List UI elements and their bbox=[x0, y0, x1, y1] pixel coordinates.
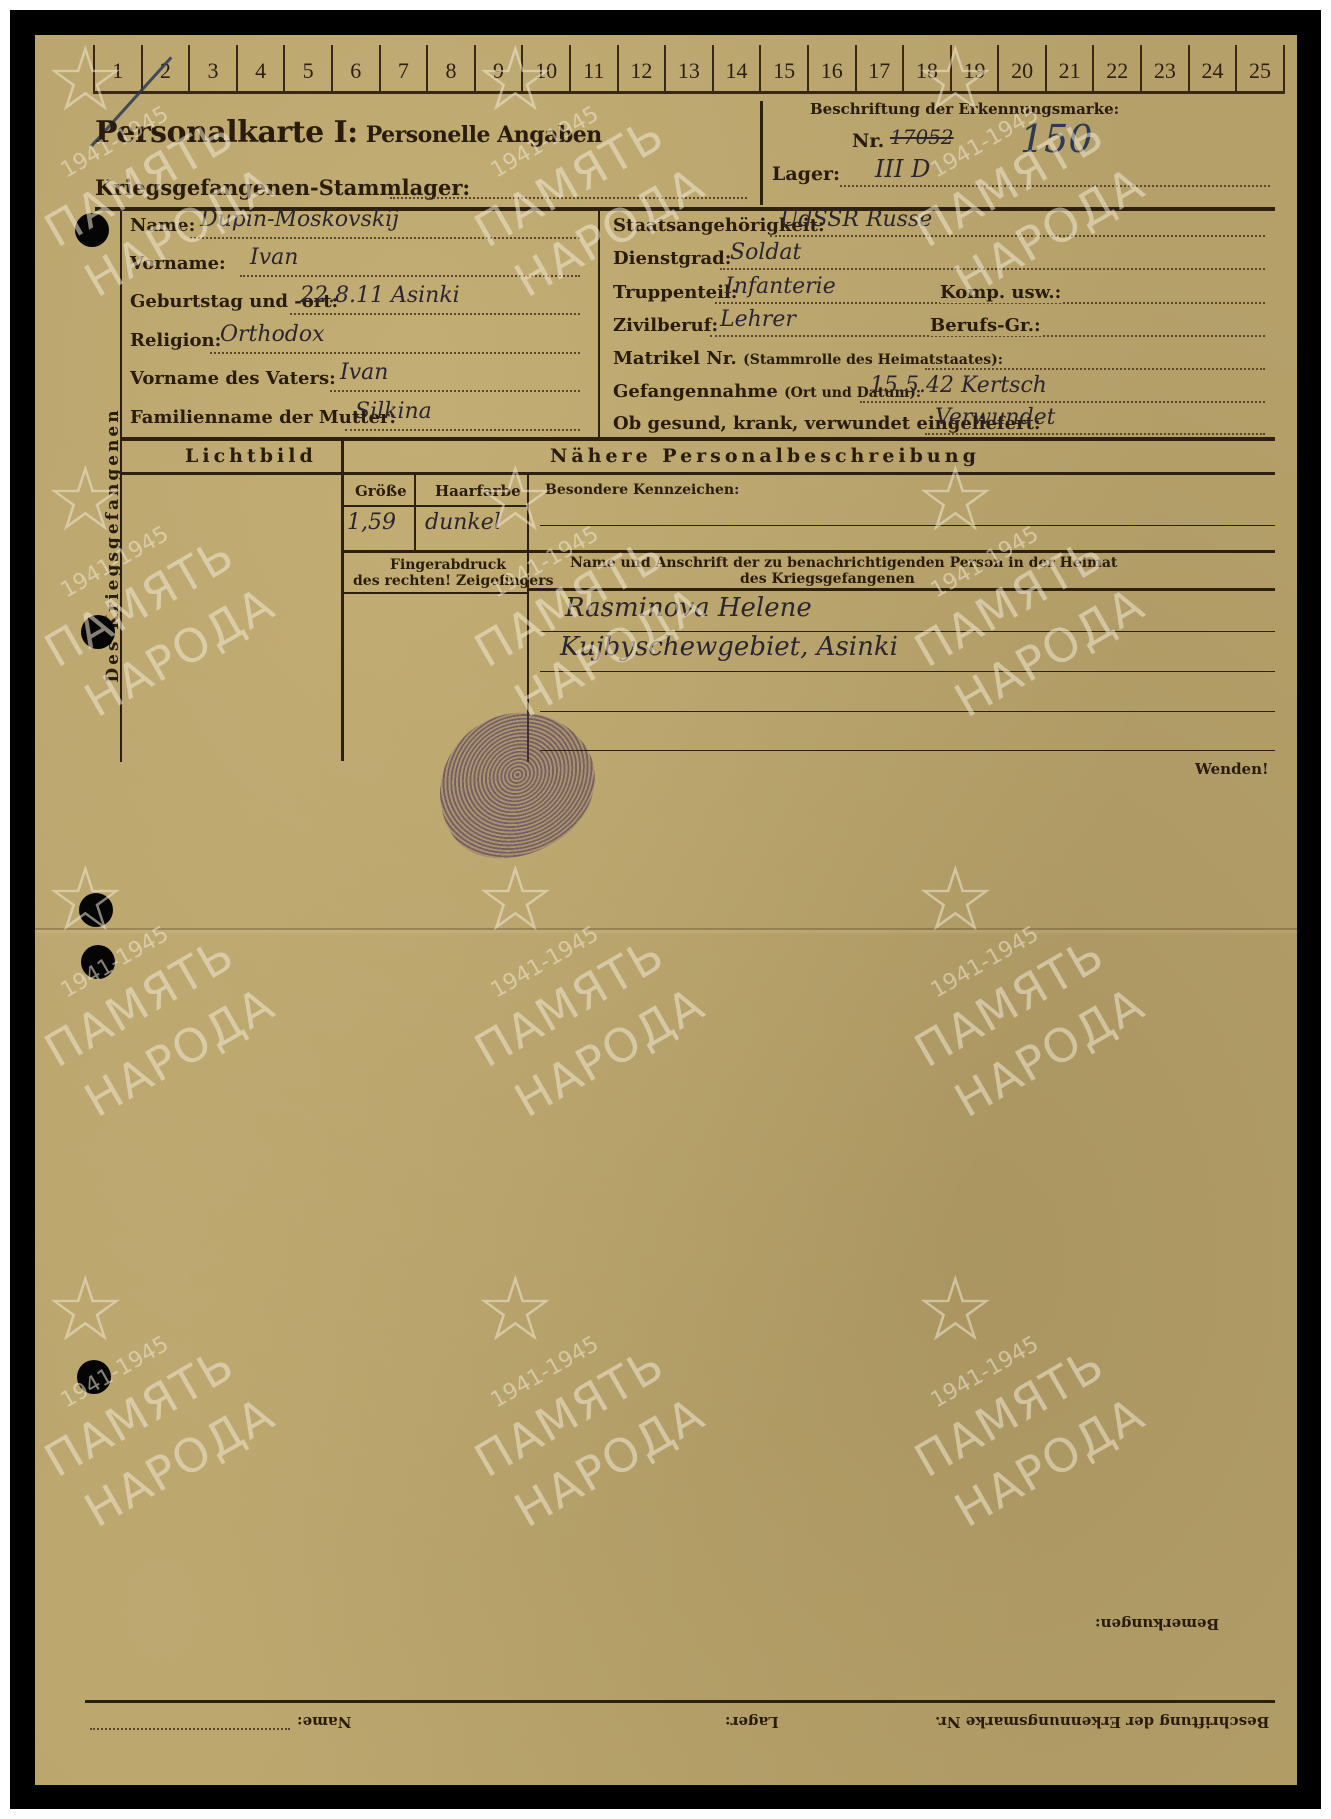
field-label-text: Gefangennahme bbox=[613, 381, 778, 402]
lichtbild-rule bbox=[120, 472, 342, 475]
watermark-years: 1941-1945 bbox=[487, 922, 603, 1004]
watermark-line1: ПАМЯТЬ bbox=[906, 526, 1114, 677]
subtitle-text: Personelle Angaben bbox=[366, 122, 602, 148]
watermark: ☆ 1941-1945 ПАМЯТЬ НАРОДА bbox=[455, 1265, 755, 1525]
ruler-cell: 6 bbox=[331, 45, 379, 91]
field-value: 15.5.42 Kertsch bbox=[870, 373, 1047, 398]
field-label-text: Dienstgrad: bbox=[613, 248, 731, 269]
nr-value: 150 bbox=[1020, 117, 1093, 161]
ruler-cell: 25 bbox=[1235, 45, 1285, 91]
groesse-label: Größe bbox=[355, 482, 407, 500]
watermark-line1: ПАМЯТЬ bbox=[466, 926, 674, 1077]
description-rule bbox=[341, 472, 1275, 475]
field-line bbox=[240, 275, 580, 277]
lager-line bbox=[840, 185, 1270, 187]
field-label: Name: bbox=[130, 215, 195, 236]
description-header: Nähere Personalbeschreibung bbox=[550, 445, 980, 467]
field-label: Matrikel Nr. (Stammrolle des Heimatstaat… bbox=[613, 348, 1003, 369]
watermark-line2: НАРОДА bbox=[506, 1386, 714, 1537]
field-value: Verwundet bbox=[935, 405, 1056, 430]
punch-hole bbox=[75, 213, 109, 247]
field-value: Ivan bbox=[340, 360, 388, 385]
contact-writing-line bbox=[540, 750, 1275, 751]
section-rule bbox=[120, 437, 1275, 441]
ruler-cell: 14 bbox=[712, 45, 760, 91]
contact-rule bbox=[527, 588, 1275, 591]
ruler-cell: 9 bbox=[474, 45, 522, 91]
field-label: Religion: bbox=[130, 330, 221, 351]
lichtbild-label: Lichtbild bbox=[185, 445, 317, 467]
star-icon: ☆ bbox=[915, 1265, 996, 1355]
field-line bbox=[330, 390, 580, 392]
ruler-cell: 21 bbox=[1045, 45, 1093, 91]
field-label: Zivilberuf: bbox=[613, 315, 718, 336]
personalkarte-document: 1234567891011121314151617181920212223242… bbox=[35, 35, 1297, 1785]
field-line bbox=[925, 368, 1265, 370]
punch-hole bbox=[81, 615, 115, 649]
field-label-text: Matrikel Nr. bbox=[613, 348, 737, 369]
star-icon: ☆ bbox=[45, 1265, 126, 1355]
field-value: 22.8.11 Asinki bbox=[300, 283, 460, 308]
star-icon: ☆ bbox=[475, 855, 556, 945]
bottom-beschriftung-label: Beschriftung der Erkennungsmarke Nr. bbox=[935, 1713, 1269, 1731]
bottom-name-label: Name: bbox=[297, 1713, 351, 1731]
watermark-line1: ПАМЯТЬ bbox=[36, 1336, 244, 1487]
fold-line bbox=[35, 928, 1297, 930]
watermark-line1: ПАМЯТЬ bbox=[36, 926, 244, 1077]
field-label: Dienstgrad: bbox=[613, 248, 731, 269]
star-icon: ☆ bbox=[915, 455, 996, 545]
field-line bbox=[345, 429, 580, 431]
watermark-line2: НАРОДА bbox=[76, 1386, 284, 1537]
field-value: UdSSR Russe bbox=[780, 207, 932, 232]
fingerprint-rule bbox=[341, 550, 1275, 553]
field-line bbox=[860, 401, 1265, 403]
field-extra-label: Berufs-Gr.: bbox=[930, 315, 1041, 336]
field-value: Dupin-Moskovskij bbox=[200, 207, 399, 232]
middle-column-line bbox=[598, 207, 600, 437]
contact-line-2: Kujbyschewgebiet, Asinki bbox=[560, 632, 898, 662]
watermark: ☆ 1941-1945 ПАМЯТЬ НАРОДА bbox=[895, 1265, 1195, 1525]
watermark: ☆ 1941-1945 ПАМЯТЬ НАРОДА bbox=[895, 455, 1195, 715]
lichtbild-divider bbox=[341, 441, 344, 761]
contact-writing-line bbox=[540, 671, 1275, 672]
ruler-cell: 8 bbox=[426, 45, 474, 91]
ruler-cell: 18 bbox=[902, 45, 950, 91]
punch-hole bbox=[77, 1360, 111, 1394]
field-value: Orthodox bbox=[220, 322, 325, 347]
punch-hole bbox=[79, 893, 113, 927]
contact-label-1: Name und Anschrift der zu benachrichtige… bbox=[570, 555, 1117, 571]
watermark-line2: НАРОДА bbox=[946, 976, 1154, 1127]
contact-writing-line bbox=[540, 711, 1275, 712]
ruler-cell: 5 bbox=[283, 45, 331, 91]
field-label-text: Truppenteil: bbox=[613, 282, 737, 303]
ruler-cell: 11 bbox=[569, 45, 617, 91]
ruler-cell: 23 bbox=[1140, 45, 1188, 91]
watermark-line1: ПАМЯТЬ bbox=[906, 1336, 1114, 1487]
ruler-cell: 1 bbox=[93, 45, 141, 91]
field-label: Truppenteil: bbox=[613, 282, 737, 303]
fingerprint-label-2: des rechten! Zeigefingers bbox=[353, 573, 553, 589]
field-line bbox=[770, 235, 1265, 237]
ruler-cell: 24 bbox=[1188, 45, 1236, 91]
lager-value: III D bbox=[875, 155, 930, 183]
watermark: ☆ 1941-1945 ПАМЯТЬ НАРОДА bbox=[25, 1265, 325, 1525]
bemerkungen-label: Bemerkungen: bbox=[1095, 1615, 1219, 1633]
watermark: ☆ 1941-1945 ПАМЯТЬ НАРОДА bbox=[895, 855, 1195, 1115]
size-hair-divider bbox=[414, 472, 416, 552]
fingerprint-box-rule bbox=[341, 592, 527, 594]
fingerprint-label-1: Fingerabdruck bbox=[390, 557, 506, 573]
watermark: ☆ 1941-1945 ПАМЯТЬ НАРОДА bbox=[455, 855, 755, 1115]
contact-label-2: des Kriegsgefangenen bbox=[740, 571, 915, 587]
field-value: Soldat bbox=[730, 240, 801, 265]
size-hair-rule bbox=[341, 505, 527, 507]
field-sublabel: (Stammrolle des Heimatstaates): bbox=[743, 352, 1003, 368]
groesse-value: 1,59 bbox=[347, 510, 396, 535]
ruler-cell: 10 bbox=[521, 45, 569, 91]
watermark-line1: ПАМЯТЬ bbox=[906, 926, 1114, 1077]
title-text: Personalkarte I: bbox=[95, 115, 358, 150]
field-line bbox=[925, 433, 1265, 435]
watermark-line1: ПАМЯТЬ bbox=[36, 526, 244, 677]
ruler-cell: 17 bbox=[855, 45, 903, 91]
ruler-cell: 12 bbox=[617, 45, 665, 91]
star-icon: ☆ bbox=[915, 855, 996, 945]
star-icon: ☆ bbox=[475, 1265, 556, 1355]
ruler-cell: 4 bbox=[236, 45, 284, 91]
card-title: Personalkarte I:Personelle Angaben bbox=[95, 115, 602, 150]
watermark: ☆ 1941-1945 ПАМЯТЬ НАРОДА bbox=[25, 455, 325, 715]
wenden-label: Wenden! bbox=[1195, 760, 1269, 778]
stammlager-line bbox=[390, 197, 747, 199]
haarfarbe-label: Haarfarbe bbox=[435, 482, 521, 500]
kennzeichen-label: Besondere Kennzeichen: bbox=[545, 482, 739, 498]
watermark-years: 1941-1945 bbox=[927, 1332, 1043, 1414]
watermark-line2: НАРОДА bbox=[76, 976, 284, 1127]
nr-struck-value: 17052 bbox=[890, 125, 954, 149]
ruler-cell: 15 bbox=[759, 45, 807, 91]
watermark-line2: НАРОДА bbox=[946, 576, 1154, 727]
ruler-cell: 16 bbox=[807, 45, 855, 91]
field-value: Lehrer bbox=[720, 307, 796, 332]
field-line bbox=[290, 313, 580, 315]
watermark-line1: ПАМЯТЬ bbox=[466, 1336, 674, 1487]
ruler-cell: 13 bbox=[664, 45, 712, 91]
lager-label: Lager: bbox=[772, 163, 840, 185]
nr-label: Nr. bbox=[852, 130, 884, 152]
kennzeichen-line bbox=[540, 525, 1275, 526]
haarfarbe-value: dunkel bbox=[425, 510, 501, 535]
footer-rule bbox=[85, 1700, 1275, 1703]
punch-hole bbox=[81, 945, 115, 979]
watermark-years: 1941-1945 bbox=[487, 1332, 603, 1414]
field-line bbox=[210, 352, 580, 354]
watermark: ☆ 1941-1945 ПАМЯТЬ НАРОДА bbox=[25, 855, 325, 1115]
watermark-years: 1941-1945 bbox=[57, 1332, 173, 1414]
erkennungsmarke-label: Beschriftung der Erkennungsmarke: bbox=[810, 100, 1119, 118]
field-label: Vorname des Vaters: bbox=[130, 368, 336, 389]
ruler-cell: 7 bbox=[379, 45, 427, 91]
contact-line-1: Rasminova Helene bbox=[565, 593, 812, 623]
field-extra-label: Komp. usw.: bbox=[940, 282, 1061, 303]
fingerprint-mark bbox=[409, 682, 620, 888]
field-line bbox=[190, 237, 580, 239]
field-line bbox=[720, 268, 1265, 270]
field-value: Ivan bbox=[250, 245, 298, 270]
watermark-line2: НАРОДА bbox=[506, 976, 714, 1127]
spine-text: Des Kriegsgefangenen bbox=[103, 395, 123, 695]
ruler-cell: 22 bbox=[1092, 45, 1140, 91]
ruler-cell: 20 bbox=[997, 45, 1045, 91]
header-divider bbox=[760, 101, 763, 205]
field-value: Infanterie bbox=[725, 274, 836, 299]
watermark-line2: НАРОДА bbox=[946, 1386, 1154, 1537]
field-label: Vorname: bbox=[130, 253, 226, 274]
watermark-years: 1941-1945 bbox=[927, 922, 1043, 1004]
field-value: Silkina bbox=[355, 399, 432, 424]
ruler-cell: 3 bbox=[188, 45, 236, 91]
bottom-lager-label: Lager: bbox=[725, 1713, 779, 1731]
number-ruler: 1234567891011121314151617181920212223242… bbox=[93, 45, 1285, 94]
bottom-name-line bbox=[90, 1728, 290, 1730]
field-label-text: Zivilberuf: bbox=[613, 315, 718, 336]
ruler-cell: 19 bbox=[950, 45, 998, 91]
